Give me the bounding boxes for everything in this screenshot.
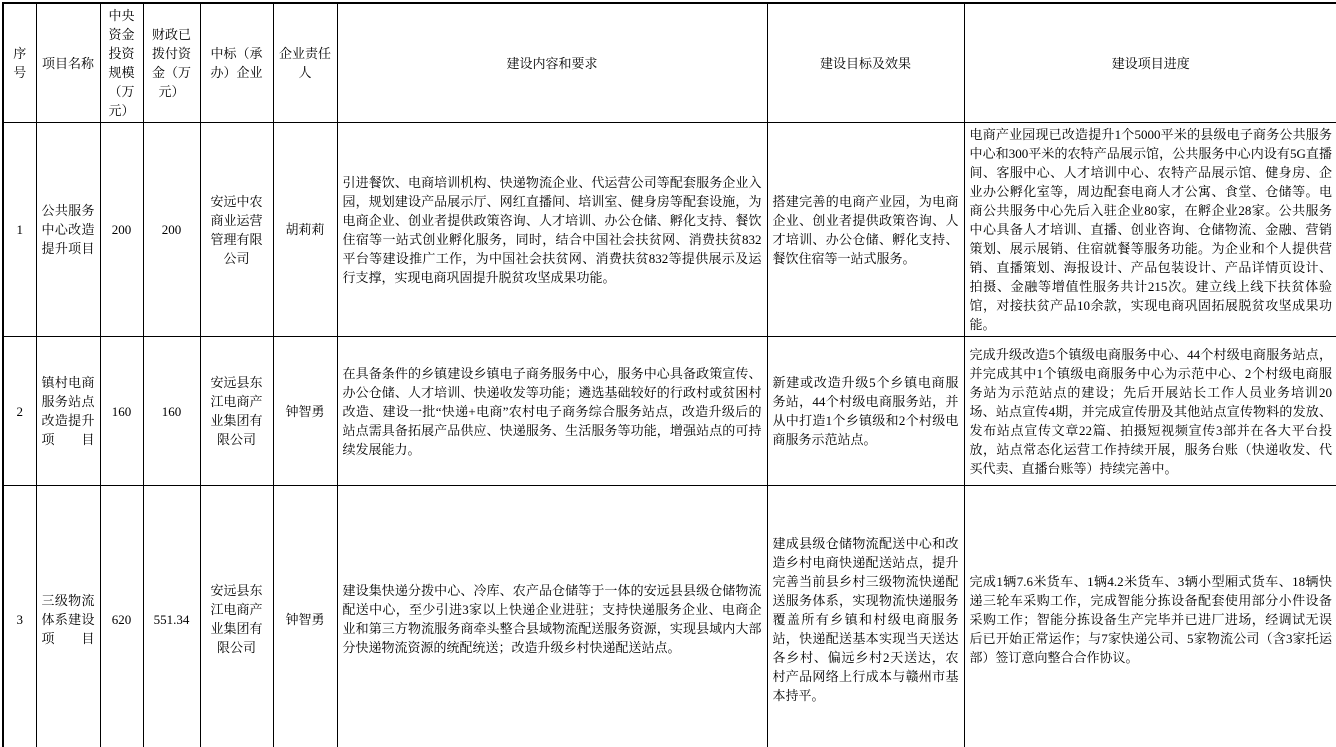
seq-cell: 1 bbox=[3, 123, 36, 337]
content-cell: 建设集快递分拨中心、冷库、农产品仓储等于一体的安远县县级仓储物流配送中心，至少引… bbox=[337, 486, 767, 747]
table-row: 3 三级物流体系建设项目 620 551.34 安远县东江电商产业集团有限公司 … bbox=[3, 486, 1336, 747]
header-goal: 建设目标及效果 bbox=[767, 3, 964, 123]
table-header-row: 序号 项目名称 中央资金投资规模（万元） 财政已拨付资金（万元） 中标（承办）企… bbox=[3, 3, 1336, 123]
header-content: 建设内容和要求 bbox=[337, 3, 767, 123]
goal-cell: 新建或改造升级5个乡镇电商服务站，44个村级电商服务站，并从中打造1个乡镇级和2… bbox=[767, 337, 964, 486]
project-name-cell: 公共服务中心改造提升项目 bbox=[36, 123, 100, 337]
company-cell: 安远县东江电商产业集团有限公司 bbox=[200, 337, 273, 486]
header-central-fund: 中央资金投资规模（万元） bbox=[100, 3, 143, 123]
document-page: 序号 项目名称 中央资金投资规模（万元） 财政已拨付资金（万元） 中标（承办）企… bbox=[0, 0, 1336, 747]
central-fund-cell: 160 bbox=[100, 337, 143, 486]
progress-cell: 完成1辆7.6米货车、1辆4.2米货车、3辆小型厢式货车、18辆快递三轮车采购工… bbox=[964, 486, 1336, 747]
project-progress-table: 序号 项目名称 中央资金投资规模（万元） 财政已拨付资金（万元） 中标（承办）企… bbox=[2, 2, 1336, 747]
person-cell: 钟智勇 bbox=[273, 486, 337, 747]
table-row: 2 镇村电商服务站点改造提升项目 160 160 安远县东江电商产业集团有限公司… bbox=[3, 337, 1336, 486]
goal-cell: 搭建完善的电商产业园，为电商企业、创业者提供政策咨询、人才培训、办公仓储、孵化支… bbox=[767, 123, 964, 337]
central-fund-cell: 620 bbox=[100, 486, 143, 747]
header-person: 企业责任人 bbox=[273, 3, 337, 123]
allocated-fund-cell: 200 bbox=[143, 123, 200, 337]
seq-cell: 2 bbox=[3, 337, 36, 486]
seq-cell: 3 bbox=[3, 486, 36, 747]
progress-cell: 完成升级改造5个镇级电商服务中心、44个村级电商服务站点，并完成其中1个镇级电商… bbox=[964, 337, 1336, 486]
company-cell: 安远中农商业运营管理有限公司 bbox=[200, 123, 273, 337]
project-name-cell: 三级物流体系建设项目 bbox=[36, 486, 100, 747]
header-project-name: 项目名称 bbox=[36, 3, 100, 123]
table-row: 1 公共服务中心改造提升项目 200 200 安远中农商业运营管理有限公司 胡莉… bbox=[3, 123, 1336, 337]
person-cell: 钟智勇 bbox=[273, 337, 337, 486]
content-cell: 引进餐饮、电商培训机构、快递物流企业、代运营公司等配套服务企业入园，规划建设产品… bbox=[337, 123, 767, 337]
content-cell: 在具备条件的乡镇建设乡镇电子商务服务中心，服务中心具备政策宣传、办公仓储、人才培… bbox=[337, 337, 767, 486]
allocated-fund-cell: 160 bbox=[143, 337, 200, 486]
header-allocated-fund: 财政已拨付资金（万元） bbox=[143, 3, 200, 123]
allocated-fund-cell: 551.34 bbox=[143, 486, 200, 747]
progress-cell: 电商产业园现已改造提升1个5000平米的县级电子商务公共服务中心和300平米的农… bbox=[964, 123, 1336, 337]
header-seq: 序号 bbox=[3, 3, 36, 123]
company-cell: 安远县东江电商产业集团有限公司 bbox=[200, 486, 273, 747]
central-fund-cell: 200 bbox=[100, 123, 143, 337]
person-cell: 胡莉莉 bbox=[273, 123, 337, 337]
goal-cell: 建成县级仓储物流配送中心和改造乡村电商快递配送站点，提升完善当前县乡村三级物流快… bbox=[767, 486, 964, 747]
project-name-cell: 镇村电商服务站点改造提升项目 bbox=[36, 337, 100, 486]
header-progress: 建设项目进度 bbox=[964, 3, 1336, 123]
header-company: 中标（承办）企业 bbox=[200, 3, 273, 123]
